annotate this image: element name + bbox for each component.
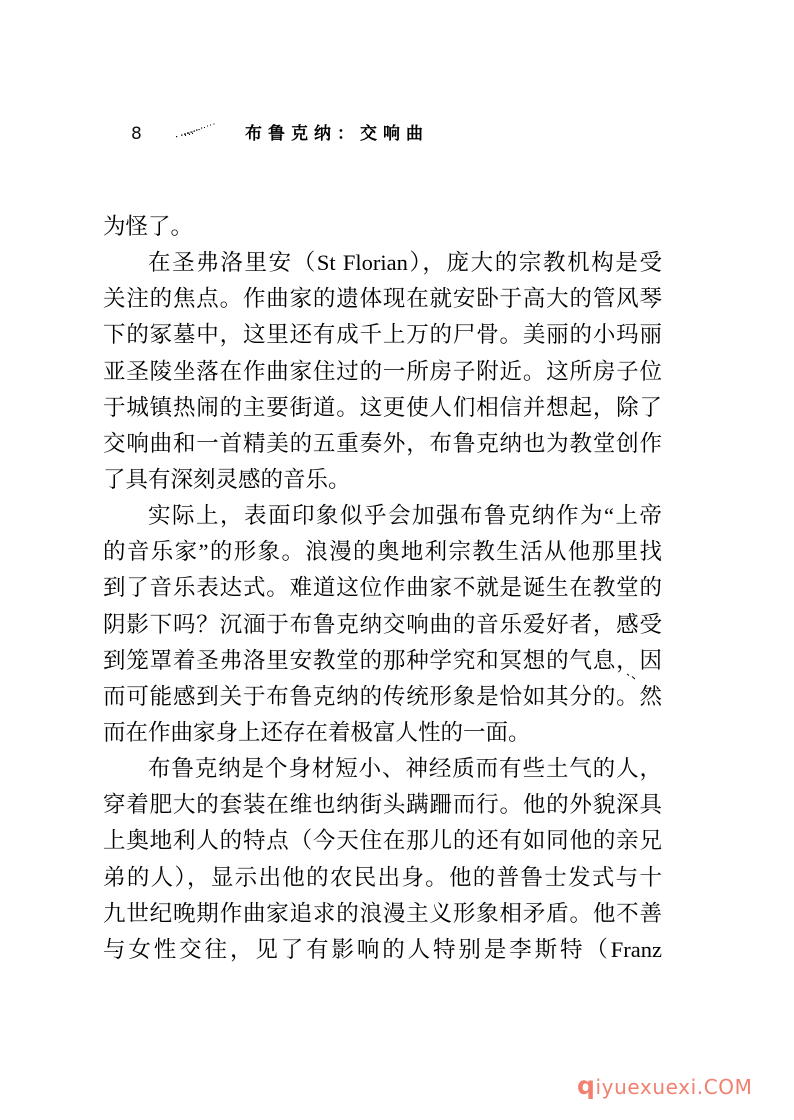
text-line: 为怪了。 <box>103 209 662 245</box>
text-line: 交响曲和一首精美的五重奏外，布鲁克纳也为教堂创作 <box>103 426 662 462</box>
text-line: 而在作曲家身上还存在着极富人性的一面。 <box>103 715 662 751</box>
scan-artifact-mark <box>625 672 639 682</box>
text-line: 在圣弗洛里安（St Florian），庞大的宗教机构是受 <box>103 245 662 281</box>
text-line: 阴影下吗？沉湎于布鲁克纳交响曲的音乐爱好者，感受 <box>103 607 662 643</box>
text-line: 实际上，表面印象似乎会加强布鲁克纳作为“上帝 <box>103 498 662 534</box>
paragraph: 为怪了。 <box>103 209 662 245</box>
text-line: 了具有深刻灵感的音乐。 <box>103 462 662 498</box>
text-line: 弟的人），显示出他的农民出身。他的普鲁士发式与十 <box>103 860 662 896</box>
text-line: 而可能感到关于布鲁克纳的传统形象是恰如其分的。然 <box>103 679 662 715</box>
paragraph: 布鲁克纳是个身材短小、神经质而有些土气的人， 穿着肥大的套装在维也纳街头蹒跚而行… <box>103 751 662 968</box>
text-line: 关注的焦点。作曲家的遗体现在就安卧于高大的管风琴 <box>103 281 662 317</box>
text-line: 到了音乐表达式。难道这位作曲家不就是诞生在教堂的 <box>103 570 662 606</box>
page-number: 8 <box>131 125 142 143</box>
watermark: qiyuexuexi.COM <box>577 1074 753 1099</box>
text-line: 的音乐家”的形象。浪漫的奥地利宗教生活从他那里找 <box>103 534 662 570</box>
body-text: 为怪了。 在圣弗洛里安（St Florian），庞大的宗教机构是受 关注的焦点。… <box>103 209 662 968</box>
text-line: 九世纪晚期作曲家追求的浪漫主义形象相矛盾。他不善 <box>103 896 662 932</box>
text-line: 与女性交往，见了有影响的人特别是李斯特（Franz <box>103 932 662 968</box>
text-line: 穿着肥大的套装在维也纳街头蹒跚而行。他的外貌深具 <box>103 787 662 823</box>
header-ornament-icon <box>174 122 218 140</box>
text-line: 下的冢墓中，这里还有成千上万的尸骨。美丽的小玛丽 <box>103 317 662 353</box>
paragraph: 在圣弗洛里安（St Florian），庞大的宗教机构是受 关注的焦点。作曲家的遗… <box>103 245 662 498</box>
text-line: 亚圣陵坐落在作曲家住过的一所房子附近。这所房子位 <box>103 354 662 390</box>
text-line: 布鲁克纳是个身材短小、神经质而有些土气的人， <box>103 751 662 787</box>
paragraph: 实际上，表面印象似乎会加强布鲁克纳作为“上帝 的音乐家”的形象。浪漫的奥地利宗教… <box>103 498 662 751</box>
text-line: 上奥地利人的特点（今天住在那儿的还有如同他的亲兄 <box>103 823 662 859</box>
running-title: 布鲁克纳：交响曲 <box>245 125 429 143</box>
text-line: 到笼罩着圣弗洛里安教堂的那种学究和冥想的气息，因 <box>103 643 662 679</box>
text-line: 于城镇热闹的主要街道。这更使人们相信并想起，除了 <box>103 390 662 426</box>
